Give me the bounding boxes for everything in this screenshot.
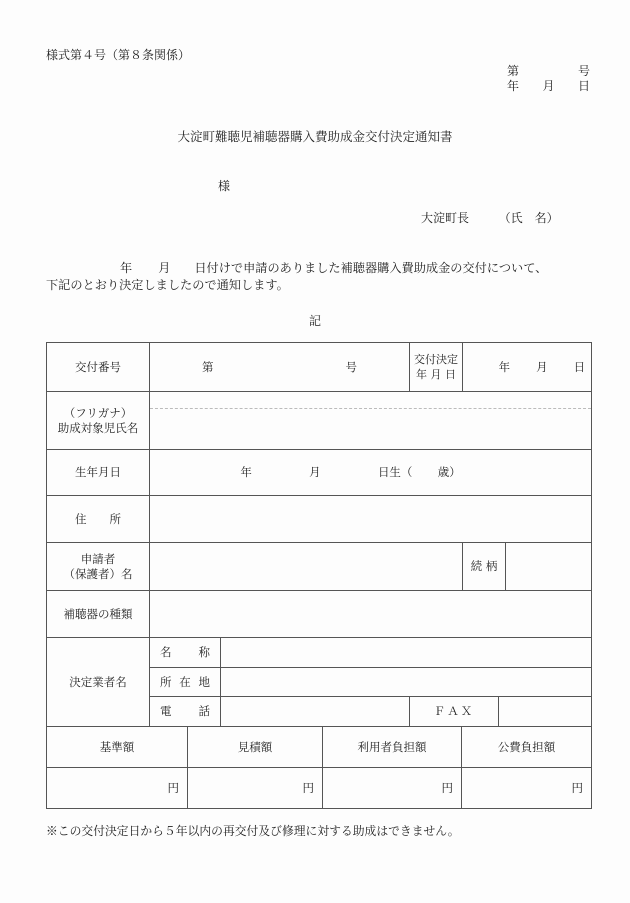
- vendor-name-label-2: 称: [199, 645, 211, 660]
- form-id: 様式第４号（第８条関係）: [46, 46, 190, 63]
- ref-date-month: 月: [542, 79, 554, 94]
- document-title: 大淀町難聴児補聴器購入費助成金交付決定通知書: [0, 127, 630, 145]
- vendor-phone-label: 電話: [150, 697, 221, 727]
- yen-unit: 円: [442, 781, 454, 795]
- decision-date-field[interactable]: 年 月 日: [463, 343, 592, 392]
- estimate-amount-header: 見積額: [188, 727, 323, 768]
- birthdate-field[interactable]: 年 月 日生（ 歳）: [150, 450, 592, 496]
- public-burden-field[interactable]: 円: [462, 768, 592, 809]
- row-address: 住 所: [47, 496, 592, 543]
- issuer-name-placeholder: （氏 名）: [499, 209, 559, 226]
- row-vendor-name: 決定業者名 名称: [47, 638, 592, 668]
- row-device-type: 補聴器の種類: [47, 591, 592, 638]
- decision-day: 日: [574, 360, 586, 375]
- ref-date-year: 年: [507, 79, 519, 94]
- yen-unit: 円: [572, 781, 584, 795]
- loc-2: 在: [179, 675, 191, 690]
- child-name-input[interactable]: [150, 409, 591, 449]
- birth-day: 日生（: [378, 465, 413, 479]
- fax-field[interactable]: [499, 697, 592, 727]
- decision-month: 月: [536, 360, 548, 375]
- body-year: 年: [120, 261, 132, 275]
- decision-label-2: 年 月 日: [410, 367, 462, 382]
- grant-number-field[interactable]: 第 号: [150, 343, 410, 392]
- notification-body: 年月日付けで申請のありました補聴器購入費助成金の交付について、 下記のとおり決定…: [46, 260, 547, 294]
- applicant-label-2: （保護者）名: [47, 567, 149, 582]
- grant-number-label: 交付番号: [47, 343, 150, 392]
- vendor-name-field[interactable]: [221, 638, 592, 668]
- device-type-label: 補聴器の種類: [47, 591, 150, 638]
- body-line-2: 下記のとおり決定しましたので通知します。: [46, 277, 547, 294]
- standard-amount-field[interactable]: 円: [47, 768, 188, 809]
- ki-heading: 記: [0, 312, 630, 329]
- birthdate-label: 生年月日: [47, 450, 150, 496]
- row-grant-number: 交付番号 第 号 交付決定 年 月 日 年 月 日: [47, 343, 592, 392]
- loc-3: 地: [199, 675, 211, 690]
- yen-unit: 円: [168, 781, 180, 795]
- vendor-label: 決定業者名: [47, 638, 150, 727]
- public-burden-header: 公費負担額: [462, 727, 592, 768]
- birth-age: 歳）: [438, 465, 461, 479]
- ref-number-suffix: 号: [578, 64, 590, 79]
- issuer: 大淀町長 （氏 名）: [421, 209, 559, 226]
- birth-month: 月: [309, 465, 321, 479]
- row-applicant: 申請者 （保護者）名 続 柄: [47, 543, 592, 591]
- body-month: 月: [158, 261, 170, 275]
- furigana-input[interactable]: [150, 392, 591, 409]
- applicant-label-1: 申請者: [47, 552, 149, 567]
- body-line-1: 年月日付けで申請のありました補聴器購入費助成金の交付について、: [46, 260, 547, 277]
- relation-label: 続 柄: [463, 543, 506, 591]
- estimate-amount-field[interactable]: 円: [188, 768, 323, 809]
- vendor-name-label-1: 名: [160, 645, 172, 660]
- birth-year: 年: [240, 465, 252, 480]
- standard-amount-header: 基準額: [47, 727, 188, 768]
- phone-2: 話: [199, 704, 211, 719]
- address-field[interactable]: [150, 496, 592, 543]
- decision-table: 交付番号 第 号 交付決定 年 月 日 年 月 日 （フリガナ） 助成対象児氏名: [46, 342, 592, 727]
- reference-date: 年 月 日: [507, 79, 590, 94]
- vendor-phone-field[interactable]: [221, 697, 410, 727]
- yen-unit: 円: [303, 781, 315, 795]
- user-burden-field[interactable]: 円: [323, 768, 462, 809]
- applicant-label: 申請者 （保護者）名: [47, 543, 150, 591]
- amount-value-row: 円 円 円 円: [47, 768, 592, 809]
- decision-label-1: 交付決定: [410, 352, 462, 367]
- child-name-label: （フリガナ） 助成対象児氏名: [47, 392, 150, 450]
- row-child-name: （フリガナ） 助成対象児氏名: [47, 392, 592, 450]
- address-label: 住 所: [47, 496, 150, 543]
- reference-number: 第 号: [507, 64, 590, 79]
- reference-block: 第 号 年 月 日: [507, 64, 590, 94]
- child-name-field[interactable]: [150, 392, 592, 450]
- fax-label: ＦＡＸ: [410, 697, 499, 727]
- body-rest: 日付けで申請のありました補聴器購入費助成金の交付について、: [194, 261, 547, 275]
- row-birthdate: 生年月日 年 月 日生（ 歳）: [47, 450, 592, 496]
- amount-header-row: 基準額 見積額 利用者負担額 公費負担額: [47, 727, 592, 768]
- issuer-name: 大淀町長: [421, 209, 469, 226]
- vendor-name-label: 名称: [150, 638, 221, 668]
- decision-year: 年: [499, 360, 511, 375]
- ref-date-day: 日: [578, 79, 590, 94]
- furigana-label: （フリガナ）: [47, 406, 149, 421]
- footnote: ※この交付決定日から５年以内の再交付及び修理に対する助成はできません。: [46, 822, 460, 839]
- loc-1: 所: [160, 675, 172, 690]
- vendor-location-label: 所在地: [150, 668, 221, 697]
- applicant-name-field[interactable]: [150, 543, 463, 591]
- amount-table: 基準額 見積額 利用者負担額 公費負担額 円 円 円 円: [46, 726, 592, 809]
- phone-1: 電: [160, 704, 172, 719]
- device-type-field[interactable]: [150, 591, 592, 638]
- vendor-location-field[interactable]: [221, 668, 592, 697]
- relation-field[interactable]: [506, 543, 592, 591]
- addressee-honorific: 様: [218, 177, 230, 194]
- decision-date-label: 交付決定 年 月 日: [410, 343, 463, 392]
- grant-prefix: 第: [202, 360, 214, 375]
- grant-suffix: 号: [346, 360, 358, 375]
- user-burden-header: 利用者負担額: [323, 727, 462, 768]
- ref-number-prefix: 第: [507, 64, 519, 79]
- child-name-label-text: 助成対象児氏名: [47, 421, 149, 436]
